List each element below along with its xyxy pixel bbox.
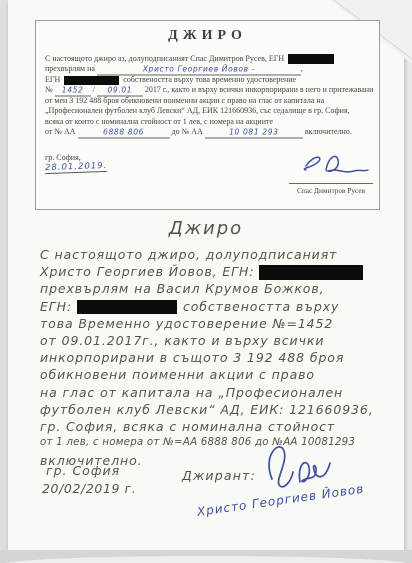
hand-city: гр. София: [46, 463, 120, 478]
rusev-signature-block: Спас Димитров Русев: [289, 151, 373, 195]
certificate-date-handwritten: 09.01: [97, 87, 143, 97]
hand-line-4: ЕГН: собствеността върху: [40, 299, 396, 316]
rusev-printed-name: Спас Димитров Русев: [289, 186, 373, 195]
form-paragraph: С настоящото джиро аз, долуподписаният С…: [45, 54, 373, 138]
form-line-3: ЕГНсобствеността върху това временно удо…: [45, 75, 373, 85]
hand-line-11: гр. София, всяка с номинална стойност: [40, 419, 396, 436]
hand-line-3: прехвърлям на Васил Крумов Божков,: [40, 281, 396, 298]
hand-line-4-label: ЕГН:: [40, 299, 72, 314]
form-line-2-comma: ,: [301, 64, 303, 73]
share-number-to-handwritten: 10 081 293: [205, 129, 303, 139]
hand-line-5: това Временно удостоверение №=1452: [40, 316, 396, 333]
form-line-4-text: 2017 г., както и върху всички инкорпорир…: [145, 85, 373, 94]
certificate-number-handwritten: 1452: [55, 87, 91, 97]
scan-edge-strip: [0, 0, 8, 563]
hand-line-2-text: Христо Георгиев Йовов, ЕГН:: [40, 264, 254, 279]
form-line-3-text: собствеността върху това временно удосто…: [123, 75, 296, 84]
form-city: гр. София,: [45, 153, 81, 162]
form-line-7: всяка от които с номинална стойност от 1…: [45, 117, 373, 127]
hand-line-6: от 09.01.2017г., както и върху всички: [40, 333, 396, 350]
hand-date: 20/02/2019 г.: [42, 481, 136, 496]
form-line-1: С настоящото джиро аз, долуподписаният С…: [45, 54, 373, 64]
number-date-separator: /: [93, 85, 95, 94]
share-range-to-label: до № АА: [172, 127, 203, 136]
form-line-1-text: С настоящото джиро аз, долуподписаният С…: [45, 54, 284, 63]
form-line-4: № 1452 / 09.01 2017 г., както и върху вс…: [45, 85, 373, 96]
endorsement-form-box: ДЖИРО С настоящото джиро аз, долуподписа…: [35, 20, 380, 210]
form-title: ДЖИРО: [36, 28, 379, 44]
scanned-endorsement-page: ДЖИРО С настоящото джиро аз, долуподписа…: [0, 0, 412, 563]
form-line-8-post: включително.: [305, 127, 352, 136]
handwritten-title: Джиро: [0, 218, 412, 239]
hand-line-9: на глас от капитала на „Професионален: [40, 385, 396, 402]
egn-label: ЕГН: [45, 75, 60, 84]
certificate-number-label: №: [45, 85, 53, 94]
hand-line-4-text: собствеността върху: [183, 299, 339, 314]
rusev-signature-line: [289, 151, 373, 184]
hand-line-10: футболен клуб Левски“ АД, ЕИК: 121660936…: [40, 402, 396, 419]
hand-line-1: С настоящото джиро, долуподписаният: [40, 247, 396, 264]
hand-line-8: обикновени поименни акции с право: [40, 367, 396, 384]
redaction-bar-hand-egn-1: [259, 265, 363, 280]
transferee-name-handwritten: Христо Георгиев Йовов -: [97, 66, 301, 76]
rusev-signature-icon: [292, 151, 370, 177]
form-date-handwritten: 28.01.2019.: [45, 161, 108, 174]
transfer-to-label: прехвърлям на: [45, 64, 95, 73]
share-range-from-label: от № АА: [45, 127, 76, 136]
form-line-5: от мен 3 192 488 броя обикновени поименн…: [45, 96, 373, 106]
form-line-8: от № АА 6888 806 до № АА 10 081 293 вклю…: [45, 127, 373, 138]
redaction-bar-egn-rusev: [288, 54, 334, 64]
redaction-bar-hand-egn-2: [77, 300, 177, 314]
hand-line-7: инкорпорирани в същото 3 192 488 броя: [40, 350, 396, 367]
share-number-from-handwritten: 6888 806: [78, 129, 170, 139]
endorser-label: Джирант:: [182, 468, 256, 483]
redaction-bar-egn-yovov: [64, 76, 119, 85]
hand-line-2: Христо Георгиев Йовов, ЕГН:: [40, 264, 396, 281]
form-line-2: прехвърлям на Христо Георгиев Йовов -,: [45, 64, 373, 75]
form-line-6: „Професионален футболен клуб Левски“ АД,…: [45, 106, 373, 116]
